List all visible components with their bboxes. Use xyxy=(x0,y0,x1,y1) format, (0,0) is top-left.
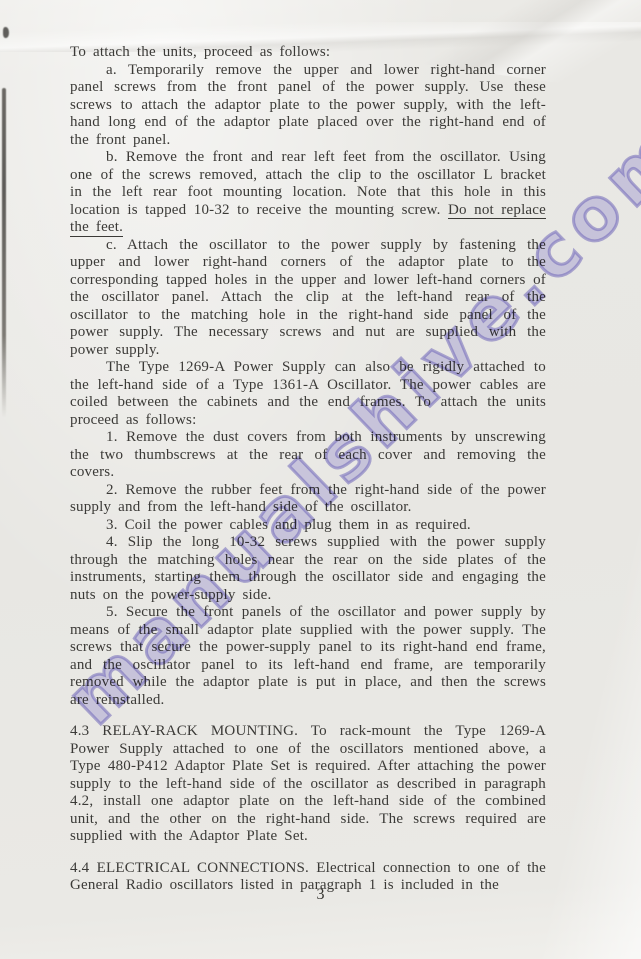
scan-edge-artifact xyxy=(2,88,6,418)
step-3: 3. Coil the power cables and plug them i… xyxy=(70,517,546,535)
paragraph-type-1269: The Type 1269-A Power Supply can also be… xyxy=(70,359,546,429)
paragraph-c: c. Attach the oscillator to the power su… xyxy=(70,237,546,360)
step-4: 4. Slip the long 10-32 screws supplied w… xyxy=(70,534,546,604)
section-4-3: 4.3 RELAY-RACK MOUNTING. To rack-mount t… xyxy=(70,723,546,846)
paragraph-b: b. Remove the front and rear left feet f… xyxy=(70,149,546,237)
scan-speck-artifact xyxy=(3,27,9,38)
step-2: 2. Remove the rubber feet from the right… xyxy=(70,482,546,517)
step-1: 1. Remove the dust covers from both inst… xyxy=(70,429,546,482)
paragraph-a: a. Temporarily remove the upper and lowe… xyxy=(70,62,546,150)
step-5: 5. Secure the front panels of the oscill… xyxy=(70,604,546,709)
scanned-manual-page: manualshive.com To attach the units, pro… xyxy=(0,0,641,959)
intro-line: To attach the units, proceed as follows: xyxy=(70,44,546,62)
page-body-text: To attach the units, proceed as follows:… xyxy=(70,44,546,895)
page-number: 3 xyxy=(0,886,641,904)
